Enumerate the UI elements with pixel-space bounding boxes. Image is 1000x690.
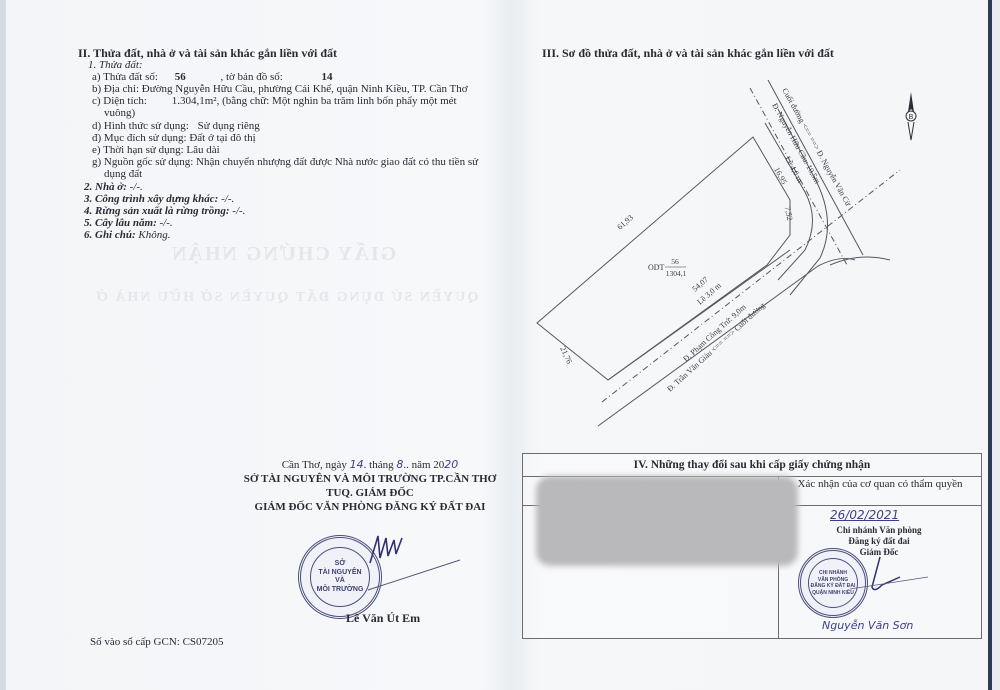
section-title-iii: III. Sơ đồ thửa đất, nhà ở và tài sản kh…	[542, 46, 834, 61]
origin-row: g) Nguồn gốc sử dụng: Nhận chuyển nhượng…	[92, 156, 478, 169]
issuing-agency: SỞ TÀI NGUYÊN VÀ MÔI TRƯỜNG TP.CẦN THƠ	[230, 472, 510, 486]
entry-date: 26/02/2021	[830, 509, 899, 522]
date-year-label: năm 20	[412, 459, 445, 471]
asset-item-value: -/-.	[232, 205, 245, 217]
area-label: c) Diện tích:	[92, 95, 147, 107]
purpose-label: đ) Mục đích sử dụng:	[92, 132, 187, 144]
stamp-text: SỞ	[335, 560, 346, 569]
use-form-value: Sử dụng riêng	[198, 120, 260, 132]
asset-item-label: 2. Nhà ở:	[84, 181, 130, 193]
svg-text:Đ. Trần Văn Giàu <== ==> Cuối: Đ. Trần Văn Giàu <== ==> Cuối đường	[665, 301, 766, 394]
parcel-number: 56	[175, 71, 186, 83]
stamp-text: MÔI TRƯỜNG	[317, 586, 364, 595]
stamp-text: TÀI NGUYÊN	[318, 569, 361, 578]
page-edge-left	[0, 0, 6, 690]
asset-item-value: -/-.	[130, 181, 143, 193]
page-edge-margin	[992, 0, 1000, 690]
date-day: 14	[350, 458, 364, 471]
authority-line: Đăng ký đất đai	[778, 536, 980, 547]
certificate-page-spread: GIẤY CHỨNG NHẬN QUYỀN SỬ DỤNG ĐẤT QUYỀN …	[0, 0, 1000, 690]
signer-name-left: Lê Văn Út Em	[346, 612, 420, 625]
asset-item-label: 5. Cây lâu năm:	[84, 217, 159, 229]
svg-text:16,95: 16,95	[772, 166, 788, 186]
registry-number: Số vào sổ cấp GCN: CS07205	[90, 636, 224, 649]
origin-value-cont: dụng đất	[104, 168, 142, 181]
area-value-cont: vuông)	[104, 107, 135, 120]
origin-value: Nhận chuyển nhượng đất được Nhà nước gia…	[196, 156, 478, 168]
asset-item-label: 4. Rừng sản xuất là rừng trồng:	[84, 205, 232, 217]
use-form-label: d) Hình thức sử dụng:	[92, 120, 189, 132]
issuer-signature-block: Cần Thơ, ngày 14. tháng 8.. năm 2020 SỞ …	[230, 458, 510, 514]
signer-name-right: Nguyễn Văn Sơn	[822, 619, 913, 632]
address-label: b) Địa chỉ:	[92, 83, 139, 95]
watermark-bleed: QUYỀN SỬ DỤNG ĐẤT QUYỀN SỞ HỮU NHÀ Ở	[95, 290, 478, 306]
svg-text:7,52: 7,52	[783, 206, 794, 221]
purpose-value: Đất ở tại đô thị	[189, 132, 255, 144]
site-plan-diagram: 61,93 21,76 54,07 16,95 7,52 Lề 4,0 m Lề…	[520, 80, 960, 440]
svg-text:1304,1: 1304,1	[666, 269, 687, 278]
changes-table-title: IV. Những thay đổi sau khi cấp giấy chứn…	[523, 454, 981, 477]
date-month: 8	[396, 458, 403, 471]
date-prefix: Cần Thơ, ngày	[282, 459, 347, 471]
asset-item-label: 3. Công trình xây dựng khác:	[84, 193, 221, 205]
date-year: 20	[444, 458, 458, 471]
asset-item: 6. Ghi chú: Không.	[84, 229, 171, 242]
svg-text:61,93: 61,93	[615, 213, 634, 232]
map-sheet-number: 14	[322, 71, 333, 83]
signature-scribble-right	[850, 555, 930, 605]
asset-item-value: -/-.	[159, 217, 172, 229]
svg-text:Cuối đường <== ==> Đ. Nguyễn V: Cuối đường <== ==> Đ. Nguyễn Văn Cừ	[780, 87, 853, 208]
authority-line: Chi nhánh Văn phòng	[778, 525, 980, 536]
area-row: c) Diện tích: 1.304,1m², (bằng chữ: Một …	[92, 95, 457, 108]
area-value: 1.304,1m², (bằng chữ: Một nghìn ba trăm …	[172, 95, 457, 107]
asset-item-value: -/-.	[221, 193, 234, 205]
svg-text:21,76: 21,76	[558, 345, 574, 365]
asset-item-label: 6. Ghi chú:	[84, 229, 138, 241]
redacted-content	[536, 476, 798, 566]
term-value: Lâu dài	[186, 144, 219, 156]
issue-date: Cần Thơ, ngày 14. tháng 8.. năm 2020	[230, 458, 510, 472]
parcel-label: a) Thửa đất số:	[92, 71, 158, 83]
svg-text:56: 56	[671, 257, 679, 266]
authority-block: Chi nhánh Văn phòng Đăng ký đất đai Giám…	[778, 525, 980, 558]
date-month-label: tháng	[369, 459, 393, 471]
svg-text:ODT: ODT	[648, 263, 665, 272]
address-value: Đường Nguyễn Hữu Cầu, phường Cái Khế, qu…	[142, 83, 468, 95]
signature-scribble-left	[360, 528, 470, 598]
asset-item-value: Không.	[138, 229, 170, 241]
map-sheet-label: , tờ bản đồ số:	[220, 71, 282, 83]
term-label: e) Thời hạn sử dụng:	[92, 144, 184, 156]
stamp-text: VÀ	[335, 577, 345, 586]
stamp-text: QUẬN NINH KIỀU	[812, 590, 854, 597]
tuq-line: TUQ. GIÁM ĐỐC	[230, 486, 510, 500]
watermark-bleed: GIẤY CHỨNG NHẬN	[170, 243, 396, 266]
column-header-confirm: Xác nhận của cơ quan có thẩm quyền	[779, 478, 981, 491]
origin-label: g) Nguồn gốc sử dụng:	[92, 156, 193, 168]
signer-position: GIÁM ĐỐC VĂN PHÒNG ĐĂNG KÝ ĐẤT ĐAI	[230, 500, 510, 514]
